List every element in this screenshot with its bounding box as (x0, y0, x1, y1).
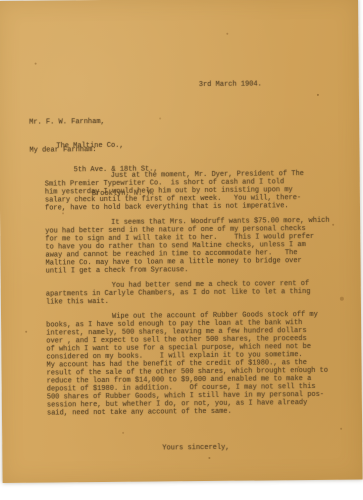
letter-paper: 3rd March 1904. Mr. F. W. Farnham, The M… (0, 0, 363, 483)
letter-line: said, need not take any account of the s… (47, 407, 323, 418)
letter-line: fore, have to hold back everything that … (45, 202, 321, 213)
letter-line: like this wait. (46, 296, 322, 307)
letter-paragraph: Just at the moment, Mr. Dyer, President … (45, 170, 321, 213)
letter-paragraph: It seems that Mrs. Woodruff wants $75.00… (45, 217, 322, 276)
salutation: My dear Farnham: (29, 146, 96, 155)
letter-paragraph: Wipe out the account of Rubber Goods sto… (46, 311, 323, 418)
letter-paragraphs: Just at the moment, Mr. Dyer, President … (45, 170, 323, 418)
letter-body: Just at the moment, Mr. Dyer, President … (44, 154, 323, 470)
letter-date: 3rd March 1904. (199, 80, 262, 89)
closing-line: Yours sincerely, (47, 443, 323, 454)
letter-paragraph: You had better send me a check to cover … (46, 280, 322, 307)
recipient-name: Mr. F. W. Farnham, (29, 117, 157, 126)
scanned-page: 3rd March 1904. Mr. F. W. Farnham, The M… (0, 0, 363, 500)
letter-line: until I get a check from Syracuse. (46, 265, 322, 276)
